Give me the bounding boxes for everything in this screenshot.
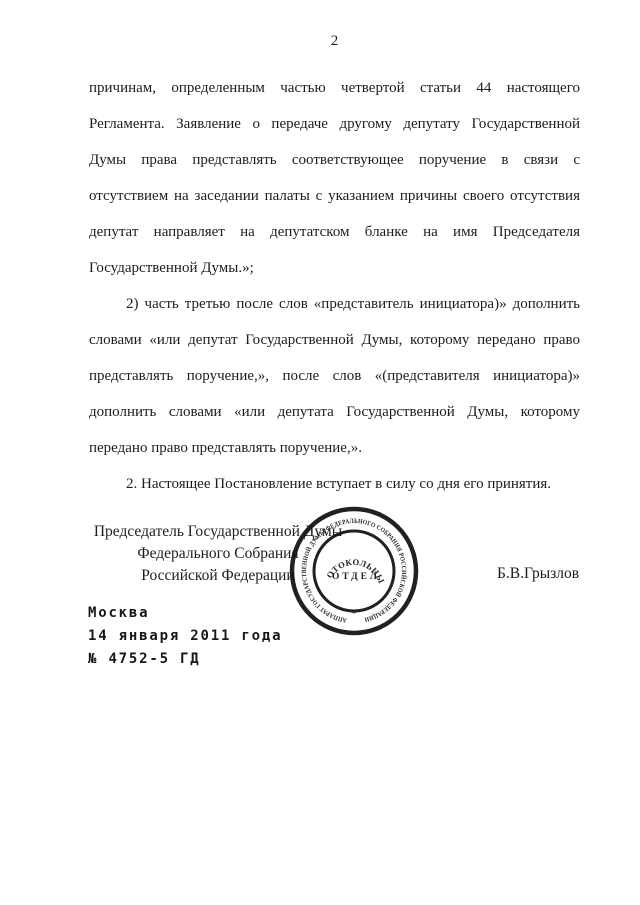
footer-number: № 4752-5 ГД xyxy=(88,648,282,671)
page-number: 2 xyxy=(89,33,580,50)
text-line: Регламента. Заявление о передаче другому… xyxy=(89,106,580,142)
text-line: передано право представлять поручение,». xyxy=(89,430,580,466)
footer-date: 14 января 2011 года xyxy=(88,625,282,648)
text-line: представлять поручение,», после слов «(п… xyxy=(89,358,580,394)
text-line: отсутствием на заседании палаты с указан… xyxy=(89,178,580,214)
text-line: причинам, определенным частью четвертой … xyxy=(89,70,580,106)
stamp-ring-separator: * xyxy=(352,609,356,618)
signature-name: Б.В.Грызлов xyxy=(497,564,579,584)
text-line: словами «или депутат Государственной Дум… xyxy=(89,322,580,358)
text-line: Государственной Думы.»; xyxy=(89,250,580,286)
stamp-center-text: ОТДЕЛ xyxy=(332,572,380,582)
text-line: 2. Настоящее Постановление вступает в си… xyxy=(89,466,580,502)
footer-block: Москва 14 января 2011 года № 4752-5 ГД xyxy=(88,602,282,671)
stamp-inner-circle xyxy=(314,531,394,611)
text-line: 2) часть третью после слов «представител… xyxy=(89,286,580,322)
document-page: 2 причинам, определенным частью четверто… xyxy=(0,0,640,905)
protocol-department-stamp: АППАРАТ ГОСУДАРСТВЕННОЙ ДУМЫ ФЕДЕРАЛЬНОГ… xyxy=(286,503,422,639)
text-line: Думы права представлять соответствующее … xyxy=(89,142,580,178)
text-line: дополнить словами «или депутата Государс… xyxy=(89,394,580,430)
stamp-ring-text: АППАРАТ ГОСУДАРСТВЕННОЙ ДУМЫ ФЕДЕРАЛЬНОГ… xyxy=(301,518,408,623)
text-line: депутат направляет на депутатском бланке… xyxy=(89,214,580,250)
footer-city: Москва xyxy=(88,602,282,625)
document-body: причинам, определенным частью четвертой … xyxy=(89,70,580,502)
